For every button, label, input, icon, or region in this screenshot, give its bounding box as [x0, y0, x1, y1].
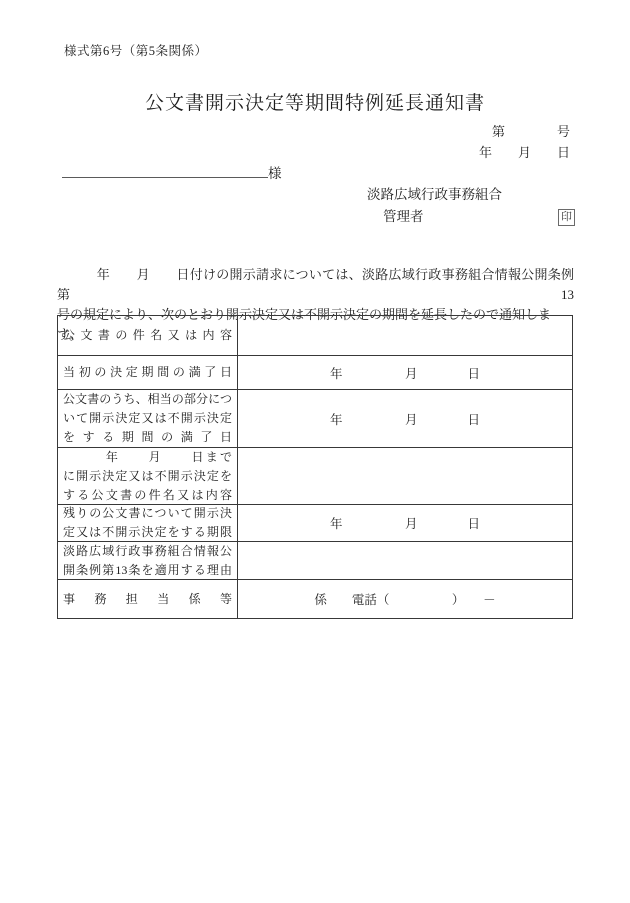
row-value: 年 月 日 — [238, 390, 572, 447]
row-label: 当初の決定期間の満了日 — [58, 356, 238, 389]
table-row-article13-reason: 淡路広域行政事務組合情報公 開条例第13条を適用する理由 — [58, 542, 572, 580]
reference-block: 第 号 年 月 日 — [479, 121, 570, 163]
seal-mark: 印 — [558, 209, 575, 226]
row-value — [238, 448, 572, 504]
organization-name: 淡路広域行政事務組合 — [367, 184, 575, 206]
issue-date-line: 年 月 日 — [479, 142, 570, 163]
table-row-contact-section: 事務担当係等 係 電話（ ） － — [58, 580, 572, 618]
row-value: 年 月 日 — [238, 505, 572, 541]
issuer-block: 淡路広域行政事務組合 管理者 印 — [367, 184, 575, 228]
document-title: 公文書開示決定等期間特例延長通知書 — [0, 88, 630, 115]
row-label: 事務担当係等 — [58, 580, 238, 618]
body-line-1: 年 月 日付けの開示請求については、淡路広域行政事務組合情報公開条例第13 — [57, 265, 574, 305]
doc-number-line: 第 号 — [479, 121, 570, 142]
addressee-suffix: 様 — [268, 166, 282, 181]
row-label: 年 月 日まで に開示決定又は不開示決定を する公文書の件名又は内容 — [58, 448, 238, 504]
row-label: 公文書の件名又は内容 — [58, 316, 238, 355]
table-row-documents-decided-by-date: 年 月 日まで に開示決定又は不開示決定を する公文書の件名又は内容 — [58, 448, 572, 505]
table-row-original-deadline: 当初の決定期間の満了日 年 月 日 — [58, 356, 572, 390]
table-row-subject: 公文書の件名又は内容 — [58, 316, 572, 356]
row-value — [238, 542, 572, 579]
issuer-title-line: 管理者 印 — [367, 206, 575, 228]
table-row-partial-decision-deadline: 公文書のうち、相当の部分につ いて開示決定又は不開示決定 をする期間の満了日 年… — [58, 390, 572, 448]
notice-table: 公文書の件名又は内容 当初の決定期間の満了日 年 月 日 公文書のうち、相当の部… — [57, 315, 573, 619]
row-value: 年 月 日 — [238, 356, 572, 389]
row-value: 係 電話（ ） － — [238, 580, 572, 618]
row-label: 残りの公文書について開示決 定又は不開示決定をする期限 — [58, 505, 238, 541]
row-label: 淡路広域行政事務組合情報公 開条例第13条を適用する理由 — [58, 542, 238, 579]
manager-title: 管理者 — [383, 206, 424, 228]
table-row-remaining-deadline: 残りの公文書について開示決 定又は不開示決定をする期限 年 月 日 — [58, 505, 572, 542]
row-value — [238, 316, 572, 355]
document-page: 様式第6号（第5条関係） 公文書開示決定等期間特例延長通知書 第 号 年 月 日… — [0, 0, 630, 903]
form-number-label: 様式第6号（第5条関係） — [64, 41, 208, 59]
addressee-blank-line — [62, 162, 268, 178]
addressee-line: 様 — [62, 162, 282, 182]
row-label: 公文書のうち、相当の部分につ いて開示決定又は不開示決定 をする期間の満了日 — [58, 390, 238, 447]
